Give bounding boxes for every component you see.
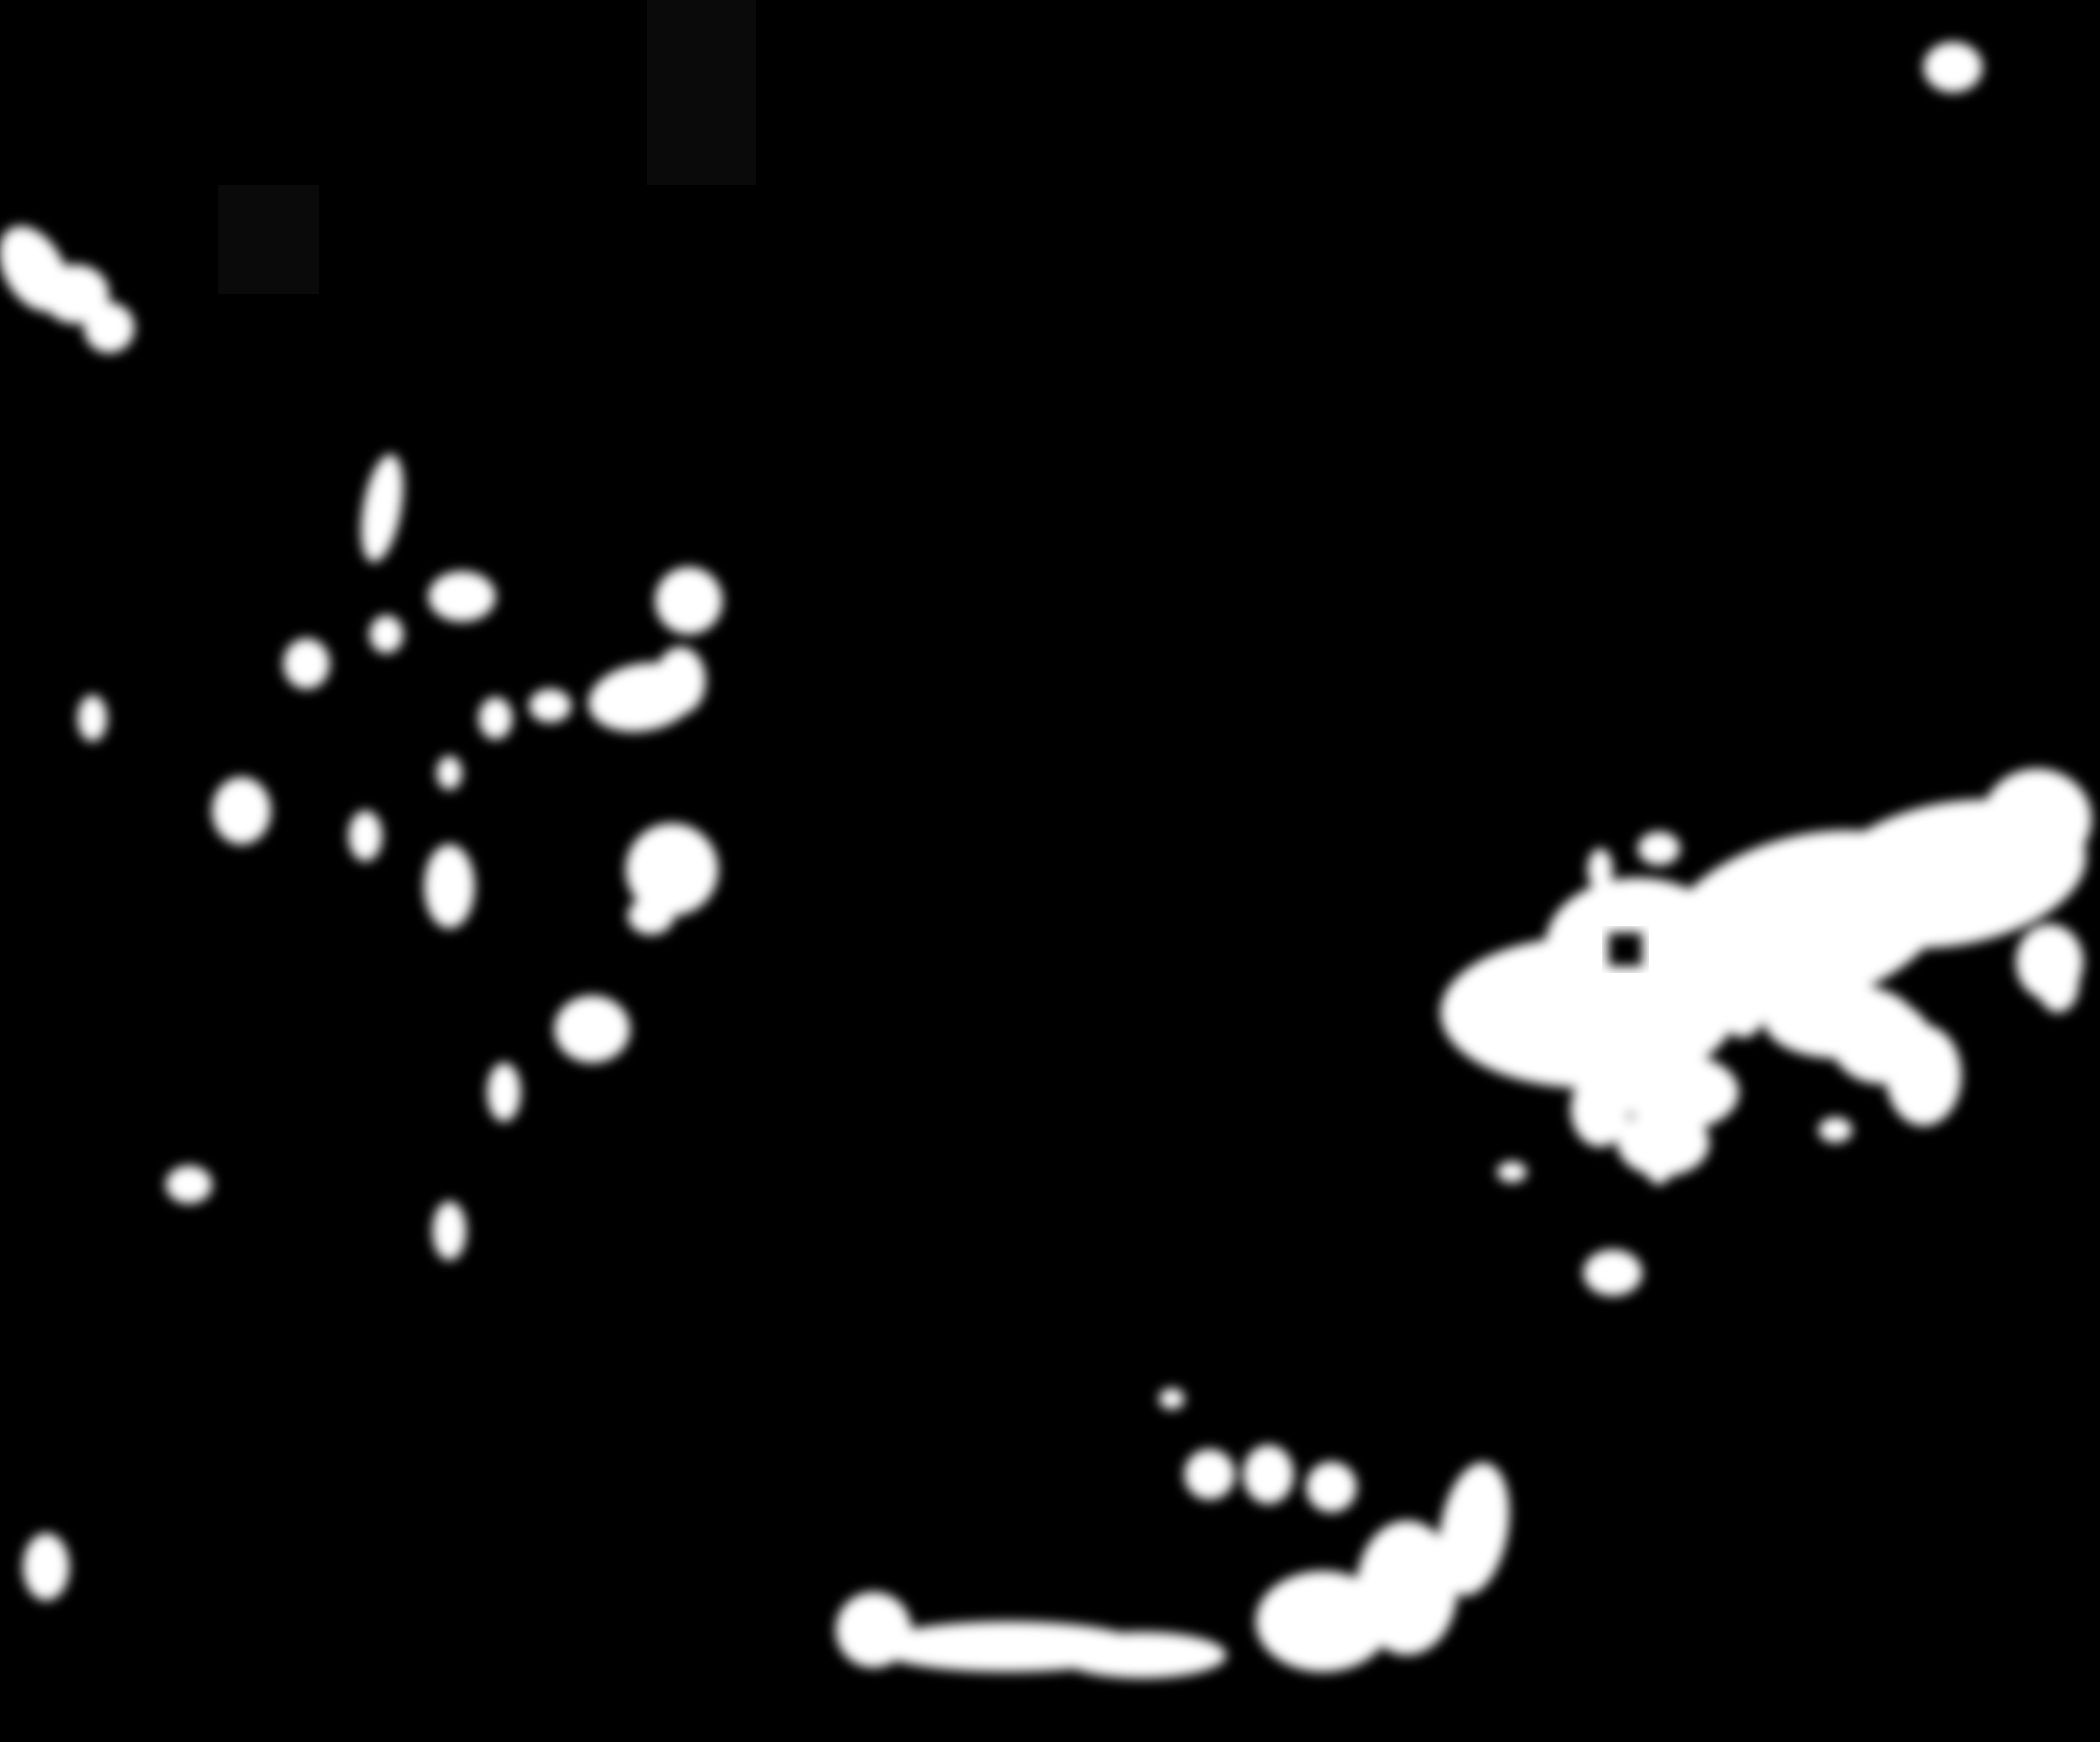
cloud-mask-image xyxy=(0,0,2100,1742)
